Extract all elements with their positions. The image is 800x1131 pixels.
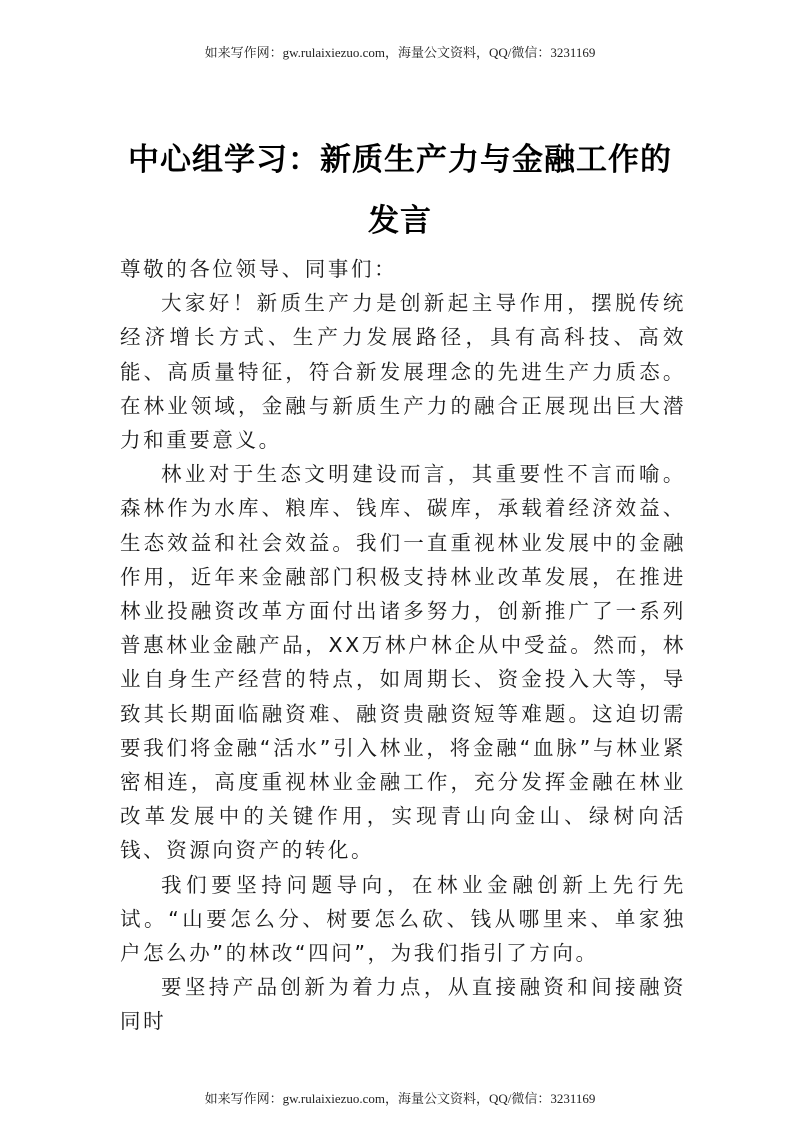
document-page: 如来写作网：gw.rulaixiezuo.com，海量公文资料，QQ/微信：32… (0, 0, 800, 1131)
page-footer-watermark: 如来写作网：gw.rulaixiezuo.com，海量公文资料，QQ/微信：32… (0, 1088, 800, 1107)
page-header-watermark: 如来写作网：gw.rulaixiezuo.com，海量公文资料，QQ/微信：32… (0, 42, 800, 61)
document-body: 尊敬的各位领导、同事们： 大家好！新质生产力是创新起主导作用，摆脱传统经济增长方… (120, 252, 686, 1039)
paragraph: 大家好！新质生产力是创新起主导作用，摆脱传统经济增长方式、生产力发展路径，具有高… (120, 286, 686, 457)
paragraph: 我们要坚持问题导向，在林业金融创新上先行先试。“山要怎么分、树要怎么砍、钱从哪里… (120, 868, 686, 971)
document-title: 中心组学习：新质生产力与金融工作的发言 (115, 130, 685, 252)
salutation: 尊敬的各位领导、同事们： (120, 252, 686, 286)
paragraph: 林业对于生态文明建设而言，其重要性不言而喻。森林作为水库、粮库、钱库、碳库，承载… (120, 457, 686, 867)
paragraph: 要坚持产品创新为着力点，从直接融资和间接融资同时 (120, 970, 686, 1038)
